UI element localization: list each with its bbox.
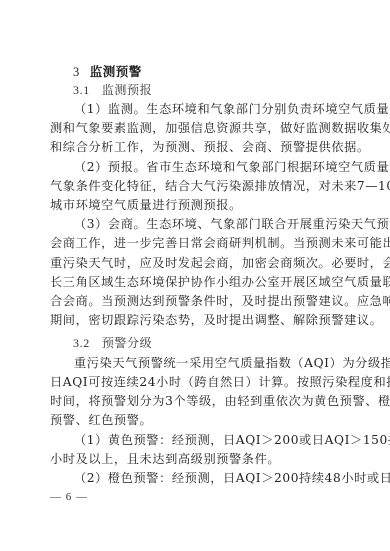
paragraph-line: （3）会商。生态环境、气象部门联合开展重污染天气预警 [74,215,342,234]
section-heading: 3监测预警 [73,62,273,81]
paragraph-line: 日AQI可按连续24小时（跨自然日）计算。按照污染程度和持续 [50,373,342,392]
subsection-number: 3.1 [73,83,90,97]
section-number: 3 [73,65,80,79]
section-title: 监测预警 [90,64,142,79]
paragraph-line: （1）黄色预警：经预测，日AQI＞200或日AQI＞150持续48 [74,431,342,450]
page-number: — 6 — [50,488,88,507]
subsection-heading-3-1: 3.1监测预报 [73,81,273,100]
paragraph-line: 时间，将预警划分为3个等级，由轻到重依次为黄色预警、橙色 [50,392,342,411]
paragraph-line: 小时及以上，且未达到高级别预警条件。 [50,450,342,469]
paragraph-line: 测和气象要素监测，加强信息资源共享，做好监测数据收集处理 [50,119,342,138]
paragraph-line: 重污染天气时，应及时发起会商，加密会商频次。必要时，会同 [50,254,342,273]
paragraph-line: 重污染天气预警统一采用空气质量指数（AQI）为分级指标， [74,354,342,373]
subsection-heading-3-2: 3.2预警分级 [73,334,273,353]
paragraph-line: 预警、红色预警。 [50,411,342,430]
subsection-number: 3.2 [73,336,90,350]
subsection-title: 监测预报 [102,83,152,97]
paragraph-line: 期间，密切跟踪污染态势，及时提出调整、解除预警建议。 [50,311,342,330]
paragraph-line: 合会商。当预测达到预警条件时，及时提出预警建议。应急响应 [50,292,342,311]
paragraph-line: （2）橙色预警：经预测，日AQI＞200持续48小时或日AQI [74,469,342,488]
document-page: 3监测预警 3.1监测预报 （1）监测。生态环境和气象部门分别负责环境空气质量监… [0,0,390,551]
subsection-title: 预警分级 [102,336,152,350]
paragraph-line: （2）预报。省市生态环境和气象部门根据环境空气质量和 [74,158,342,177]
paragraph-line: 长三角区域生态环境保护协作小组办公室开展区域空气质量联 [50,273,342,292]
paragraph-line: 会商工作，进一步完善日常会商研判机制。当预测未来可能出现 [50,234,342,253]
paragraph-line: （1）监测。生态环境和气象部门分别负责环境空气质量监 [74,100,342,119]
paragraph-line: 气象条件变化特征，结合大气污染源排放情况，对未来7—10天 [50,177,342,196]
paragraph-line: 和综合分析工作，为预测、预报、会商、预警提供依据。 [50,138,342,157]
paragraph-line: 城市环境空气质量进行预测预报。 [50,196,342,215]
